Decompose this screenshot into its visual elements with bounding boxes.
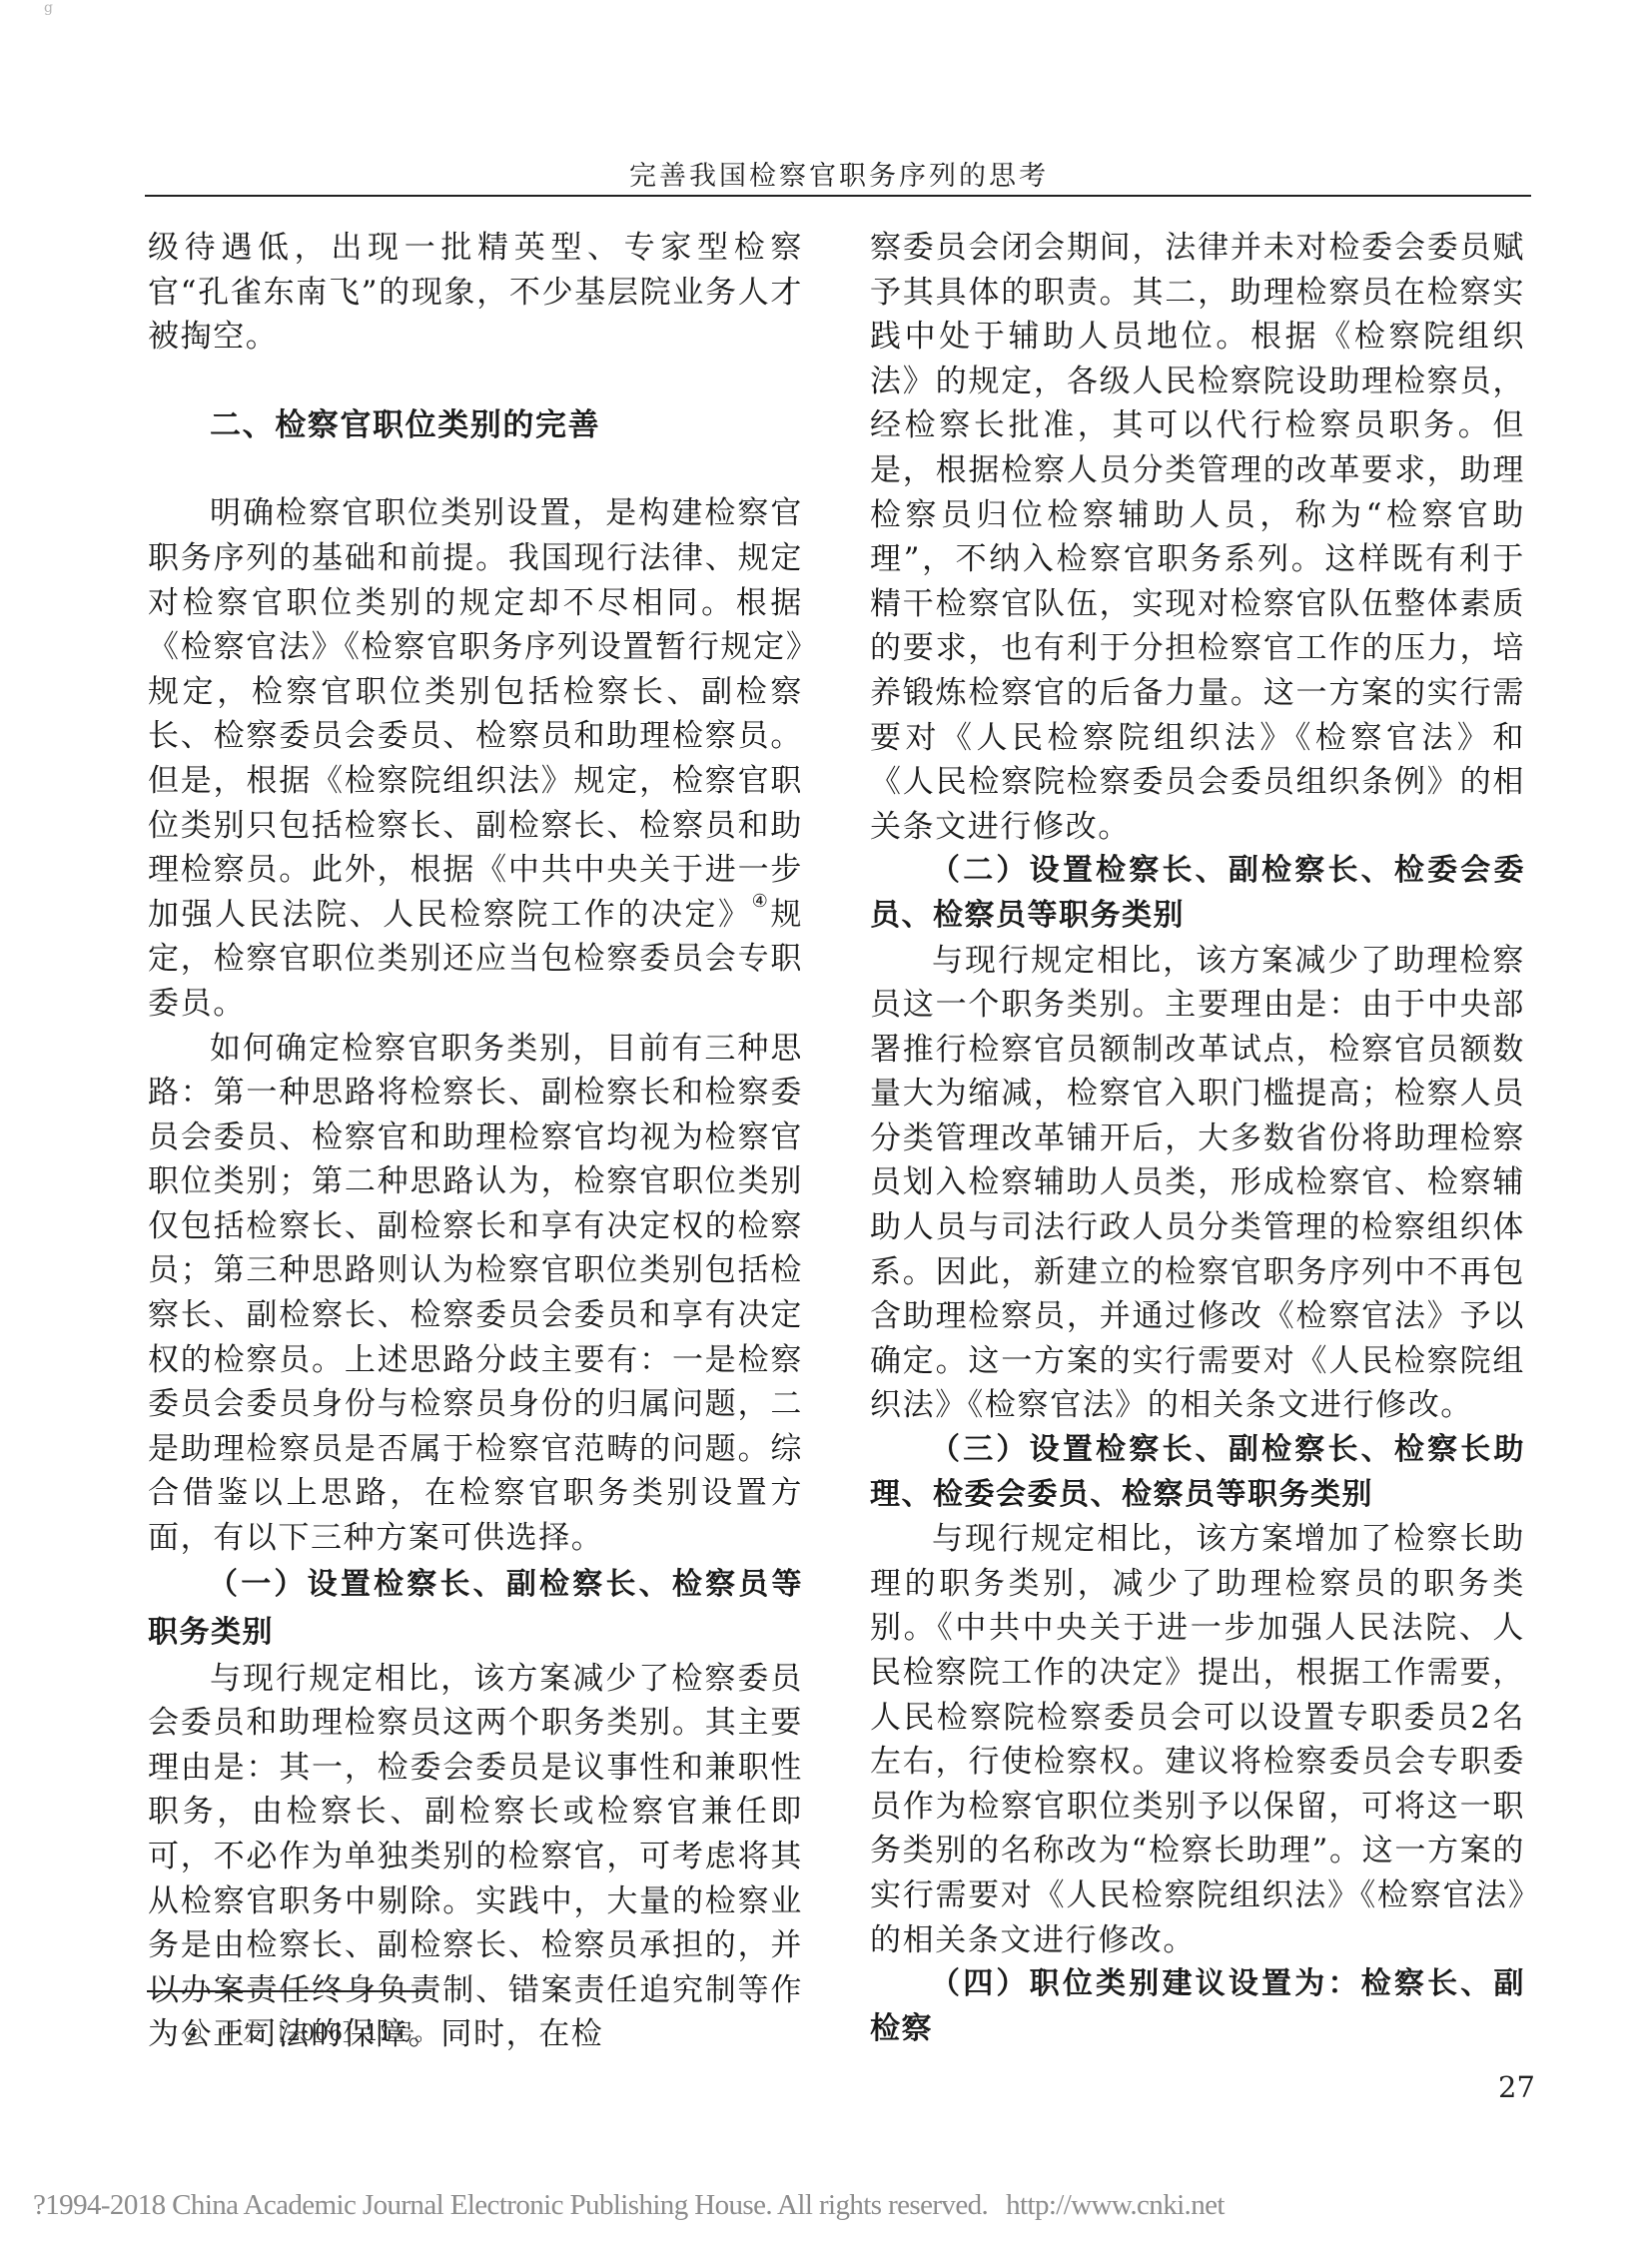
header-divider (145, 195, 1531, 197)
section-heading: 二、检察官职位类别的完善 (148, 403, 803, 448)
publisher-url[interactable]: http://www.cnki.net (1006, 2189, 1225, 2221)
footnote-mark: ④ (183, 2021, 221, 2046)
footnote: ④中发［2006］11号。 (183, 2016, 436, 2047)
paragraph-text: 明确检察官职位类别设置，是构建检察官职务序列的基础和前提。我国现行法律、规定对检… (148, 495, 803, 932)
copyright-text: ?1994-2018 China Academic Journal Electr… (33, 2189, 988, 2221)
page-number: 27 (1498, 2070, 1535, 2104)
scan-corner-mark: g (44, 0, 53, 16)
footnote-text: 中发［2006］11号。 (221, 2021, 436, 2046)
subheading-option-3: （三）设置检察长、副检察长、检察长助理、检委会委员、检察员等职务类别 (870, 1428, 1525, 1517)
paragraph: 明确检察官职位类别设置，是构建检察官职务序列的基础和前提。我国现行法律、规定对检… (148, 491, 803, 1026)
right-column: 察委员会闭会期间，法律并未对检委会委员赋予其具体的职责。其二，助理检察员在检察实… (870, 226, 1525, 2051)
paragraph: 与现行规定相比，该方案减少了检察委员会委员和助理检察员这两个职务类别。其主要理由… (148, 1657, 803, 2057)
copyright-line: ?1994-2018 China Academic Journal Electr… (33, 2189, 1225, 2222)
footnote-reference[interactable]: ④ (752, 891, 771, 912)
running-header-title: 完善我国检察官职务序列的思考 (599, 154, 1079, 193)
left-column: 级待遇低，出现一批精英型、专家型检察官“孔雀东南飞”的现象，不少基层院业务人才被… (148, 226, 803, 2057)
paragraph: 与现行规定相比，该方案增加了检察长助理的职务类别，减少了助理检察员的职务类别。《… (870, 1517, 1525, 1962)
paragraph: 与现行规定相比，该方案减少了助理检察员这一个职务类别。主要理由是：由于中央部署推… (870, 939, 1525, 1429)
subheading-option-2: （二）设置检察长、副检察长、检委会委员、检察员等职务类别 (870, 849, 1525, 938)
subheading-option-4: （四）职位类别建议设置为：检察长、副检察 (870, 1962, 1525, 2051)
footnote-divider (147, 1990, 431, 1992)
paragraph-continued: 察委员会闭会期间，法律并未对检委会委员赋予其具体的职责。其二，助理检察员在检察实… (870, 226, 1525, 849)
subheading-option-1: （一）设置检察长、副检察长、检察员等职务类别 (148, 1561, 803, 1657)
paragraph: 如何确定检察官职务类别，目前有三种思路：第一种思路将检察长、副检察长和检察委员会… (148, 1027, 803, 1561)
paragraph-continued: 级待遇低，出现一批精英型、专家型检察官“孔雀东南飞”的现象，不少基层院业务人才被… (148, 226, 803, 360)
